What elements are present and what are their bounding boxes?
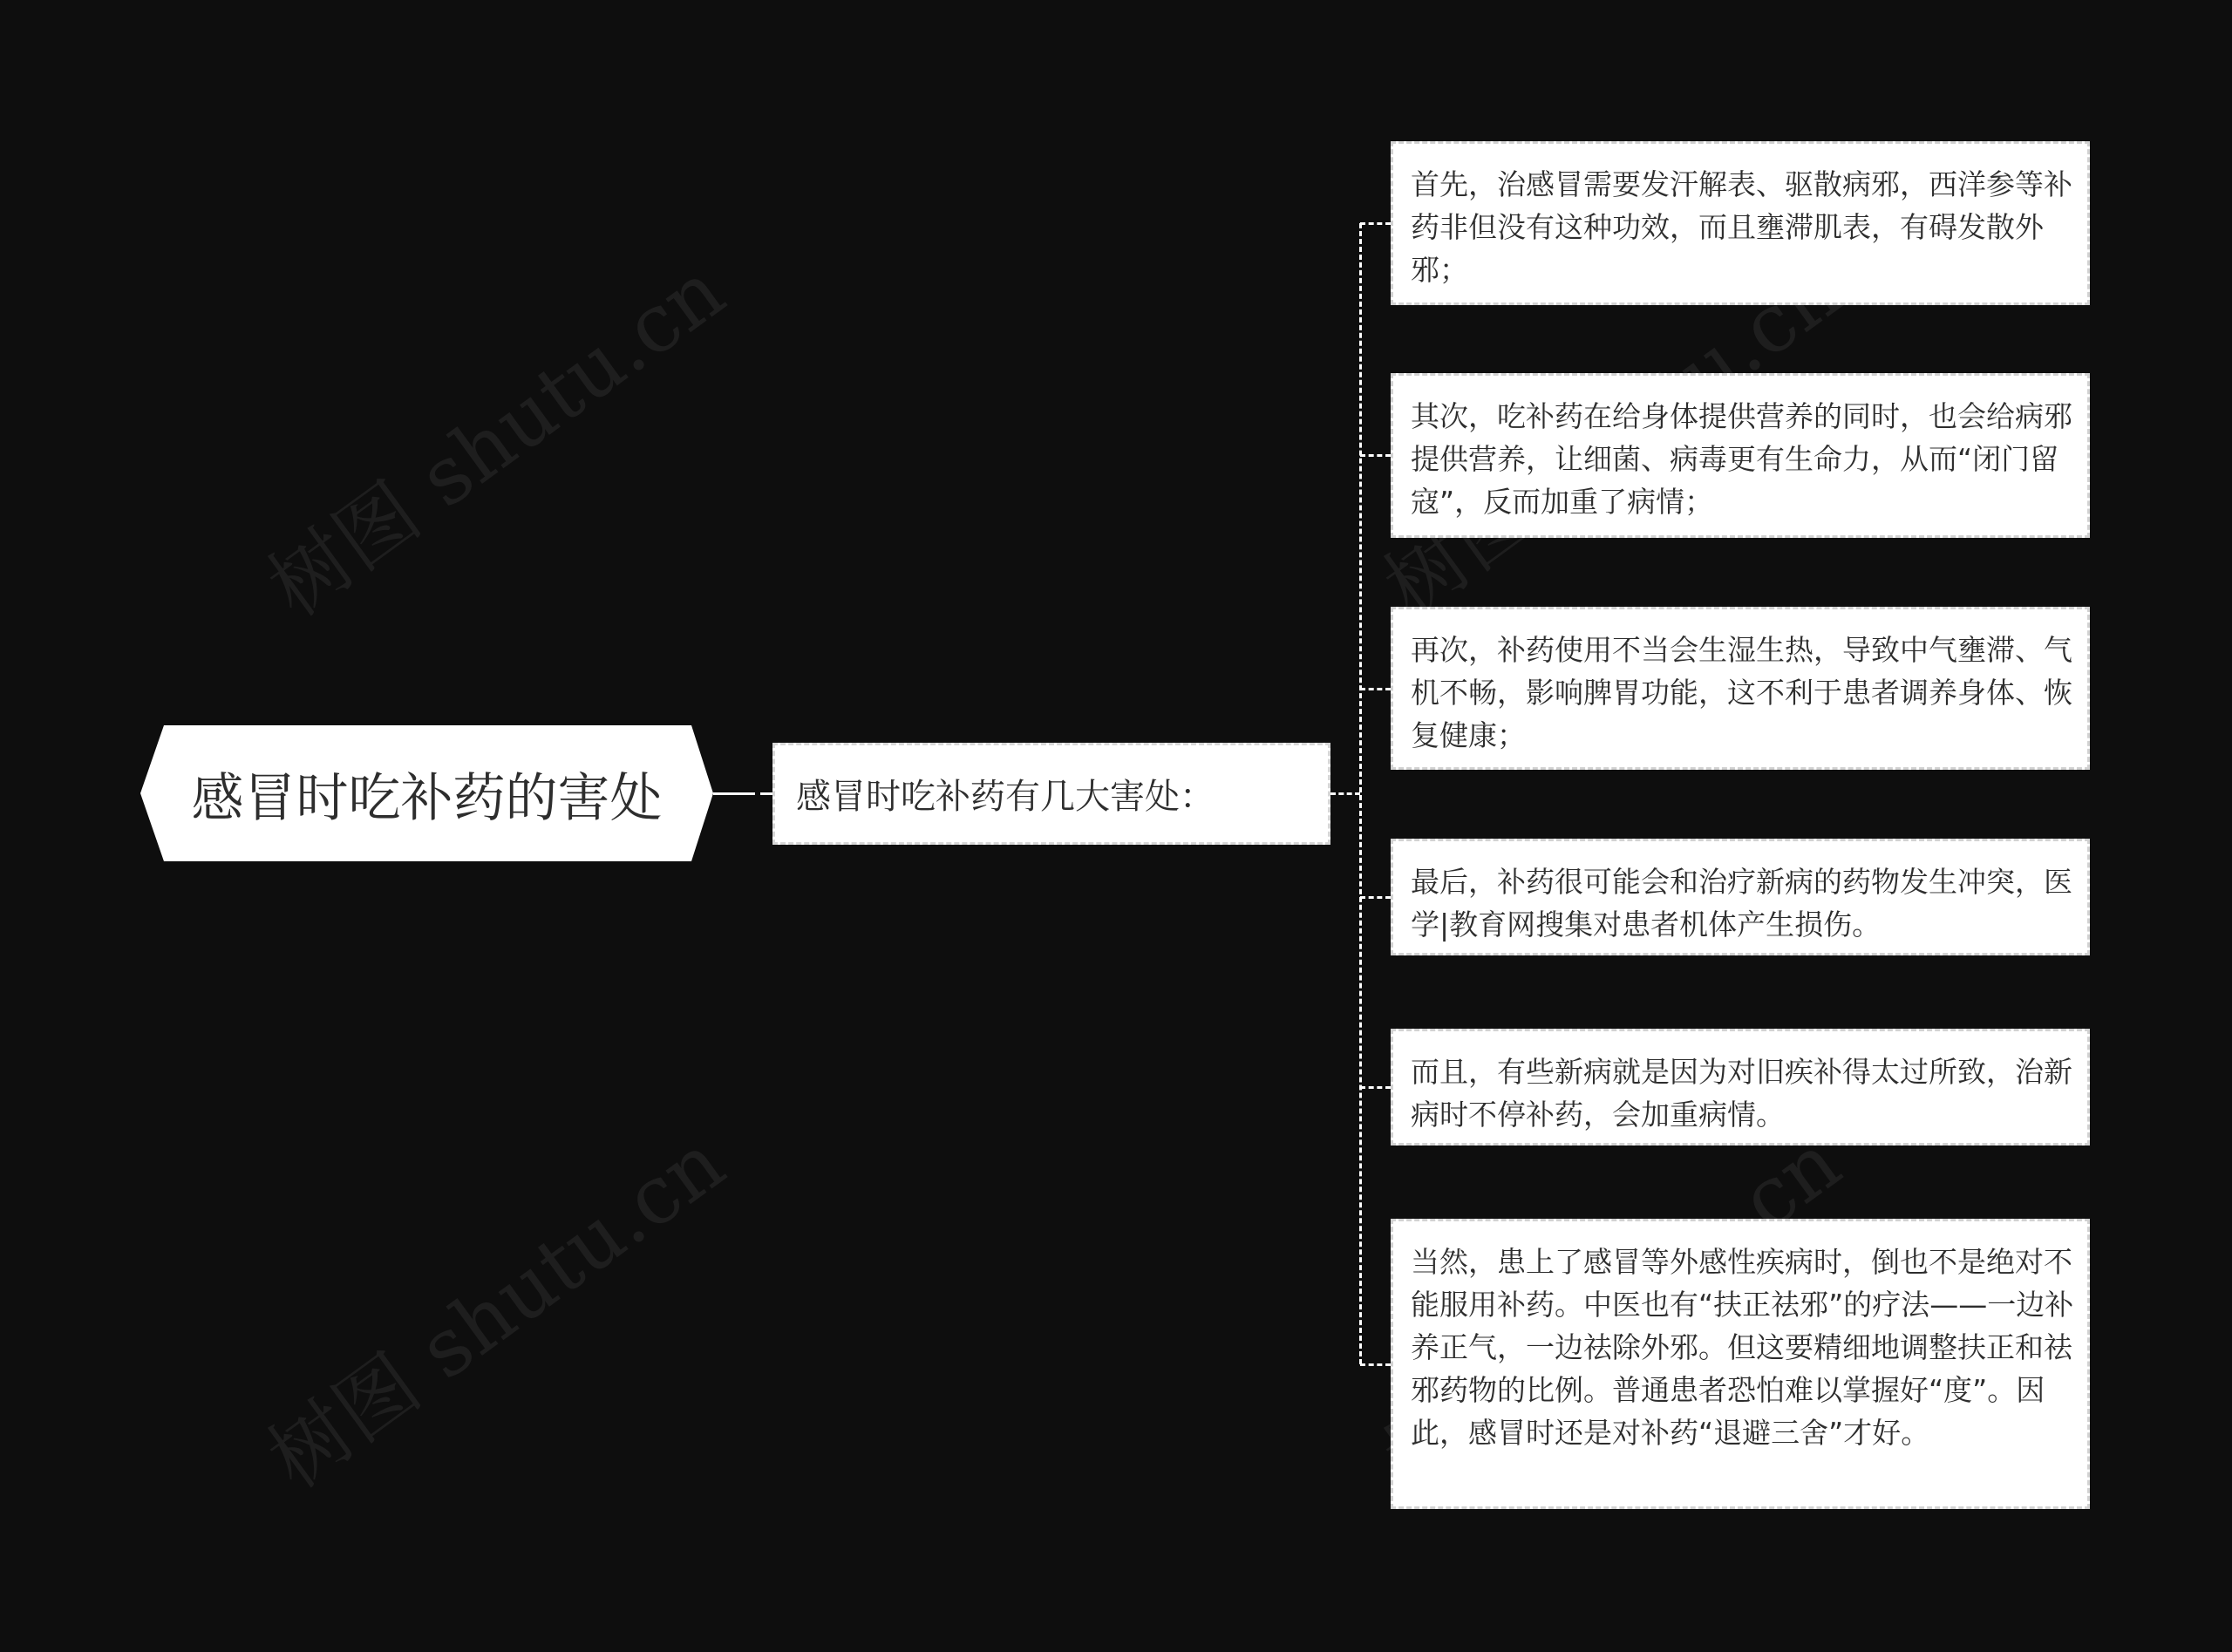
- watermark: 树图 shutu.cn: [242, 230, 743, 638]
- leaf-node-text: 再次，补药使用不当会生湿生热，导致中气壅滞、气机不畅，影响脾胃功能，这不利于患者…: [1411, 629, 2075, 757]
- leaf-node[interactable]: 首先，治感冒需要发汗解表、驱散病邪，西洋参等补药非但没有这种功效，而且壅滞肌表，…: [1391, 141, 2090, 305]
- branch-node[interactable]: 感冒时吃补药有几大害处：: [772, 743, 1330, 845]
- connector-leaf-5: [1360, 1086, 1391, 1089]
- leaf-node[interactable]: 当然，患上了感冒等外感性疾病时，倒也不是绝对不能服用补药。中医也有“扶正祛邪”的…: [1391, 1219, 2090, 1509]
- connector-leaf-4: [1360, 896, 1391, 899]
- connector-spine: [1359, 223, 1362, 1364]
- root-node-label: 感冒时吃补药的害处: [192, 755, 663, 832]
- leaf-node-text: 首先，治感冒需要发汗解表、驱散病邪，西洋参等补药非但没有这种功效，而且壅滞肌表，…: [1411, 163, 2075, 291]
- mindmap-canvas: 树图 shutu.cn 树图 shutu.cn 树图 shutu.cn 树图 s…: [0, 0, 2232, 1652]
- leaf-node[interactable]: 其次，吃补药在给身体提供营养的同时，也会给病邪提供营养，让细菌、病毒更有生命力，…: [1391, 373, 2090, 538]
- leaf-node-text: 最后，补药很可能会和治疗新病的药物发生冲突，医学|教育网搜集对患者机体产生损伤。: [1411, 860, 2075, 946]
- connector-branch-spine: [1330, 792, 1360, 795]
- connector-leaf-1: [1360, 222, 1391, 225]
- leaf-node[interactable]: 再次，补药使用不当会生湿生热，导致中气壅滞、气机不畅，影响脾胃功能，这不利于患者…: [1391, 607, 2090, 770]
- leaf-node[interactable]: 最后，补药很可能会和治疗新病的药物发生冲突，医学|教育网搜集对患者机体产生损伤。: [1391, 839, 2090, 955]
- connector-leaf-2: [1360, 454, 1391, 457]
- branch-node-label: 感冒时吃补药有几大害处：: [796, 769, 1215, 819]
- watermark: 树图 shutu.cn: [242, 1102, 743, 1510]
- leaf-node-text: 其次，吃补药在给身体提供营养的同时，也会给病邪提供营养，让细菌、病毒更有生命力，…: [1411, 395, 2075, 523]
- connector-root-branch-dash: [760, 792, 772, 795]
- connector-leaf-6: [1360, 1363, 1391, 1366]
- connector-leaf-3: [1360, 688, 1391, 690]
- leaf-node-text: 而且，有些新病就是因为对旧疾补得太过所致，治新病时不停补药，会加重病情。: [1411, 1050, 2075, 1136]
- leaf-node[interactable]: 而且，有些新病就是因为对旧疾补得太过所致，治新病时不停补药，会加重病情。: [1391, 1029, 2090, 1146]
- root-node[interactable]: 感冒时吃补药的害处: [140, 725, 713, 861]
- connector-root-branch: [713, 792, 755, 795]
- leaf-node-text: 当然，患上了感冒等外感性疾病时，倒也不是绝对不能服用补药。中医也有“扶正祛邪”的…: [1411, 1241, 2075, 1454]
